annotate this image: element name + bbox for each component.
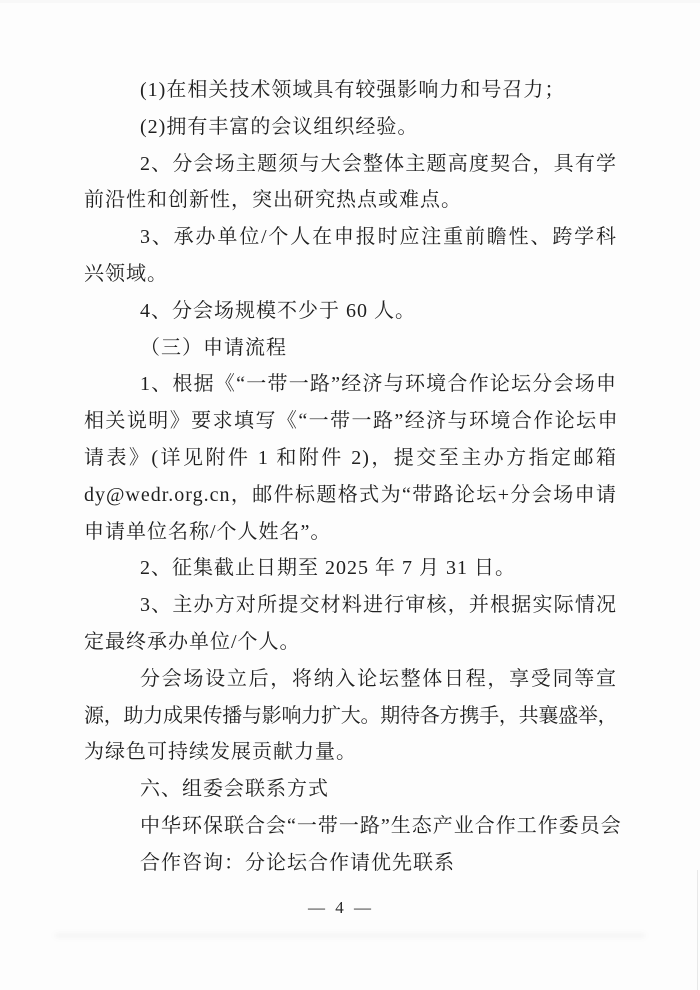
scan-edge-right <box>697 870 698 990</box>
document-line: 相关说明》要求填写《“一带一路”经济与环境合作论坛申 <box>84 403 617 440</box>
document-line: (2)拥有丰富的会议组织经验。 <box>84 109 617 146</box>
document-line: 分会场设立后，将纳入论坛整体日程，享受同等宣传资 <box>84 661 617 698</box>
document-line: 合作咨询：分论坛合作请优先联系 <box>84 845 617 882</box>
document-line: 兴领域。 <box>84 256 617 293</box>
document-line: 前沿性和创新性，突出研究热点或难点。 <box>84 182 617 219</box>
document-line: 4、分会场规模不少于 60 人。 <box>84 293 617 330</box>
document-section-heading: （三）申请流程 <box>84 330 617 367</box>
document-line: 1、根据《“一带一路”经济与环境合作论坛分会场申办 <box>84 366 617 403</box>
document-line-email: dy@wedr.org.cn，邮件标题格式为“带路论坛+分会场申请+ <box>84 477 617 514</box>
document-text-block: (1)在相关技术领域具有较强影响力和号召力； (2)拥有丰富的会议组织经验。 2… <box>84 72 617 882</box>
document-line: (1)在相关技术领域具有较强影响力和号召力； <box>84 72 617 109</box>
page-number: — 4 — <box>0 898 682 918</box>
document-line: 申请单位名称/个人姓名”。 <box>84 514 617 551</box>
document-line: 2、征集截止日期至 2025 年 7 月 31 日。 <box>84 550 617 587</box>
scan-smudge-bottom <box>55 933 645 938</box>
document-section-heading: 六、组委会联系方式 <box>84 771 617 808</box>
document-line: 请表》(详见附件 1 和附件 2)，提交至主办方指定邮箱 <box>84 440 617 477</box>
document-line: 源，助力成果传播与影响力扩大。期待各方携手，共襄盛举， <box>84 698 617 735</box>
document-line: 3、主办方对所提交材料进行审核，并根据实际情况确 <box>84 587 617 624</box>
document-line: 为绿色可持续发展贡献力量。 <box>84 734 617 771</box>
document-page: (1)在相关技术领域具有较强影响力和号召力； (2)拥有丰富的会议组织经验。 2… <box>0 0 700 990</box>
document-line: 中华环保联合会“一带一路”生态产业合作工作委员会 <box>84 808 617 845</box>
scan-edge-top <box>0 0 700 3</box>
document-line: 2、分会场主题须与大会整体主题高度契合，具有学术 <box>84 146 617 183</box>
document-line: 3、承办单位/个人在申报时应注重前瞻性、跨学科或新 <box>84 219 617 256</box>
document-line: 定最终承办单位/个人。 <box>84 624 617 661</box>
